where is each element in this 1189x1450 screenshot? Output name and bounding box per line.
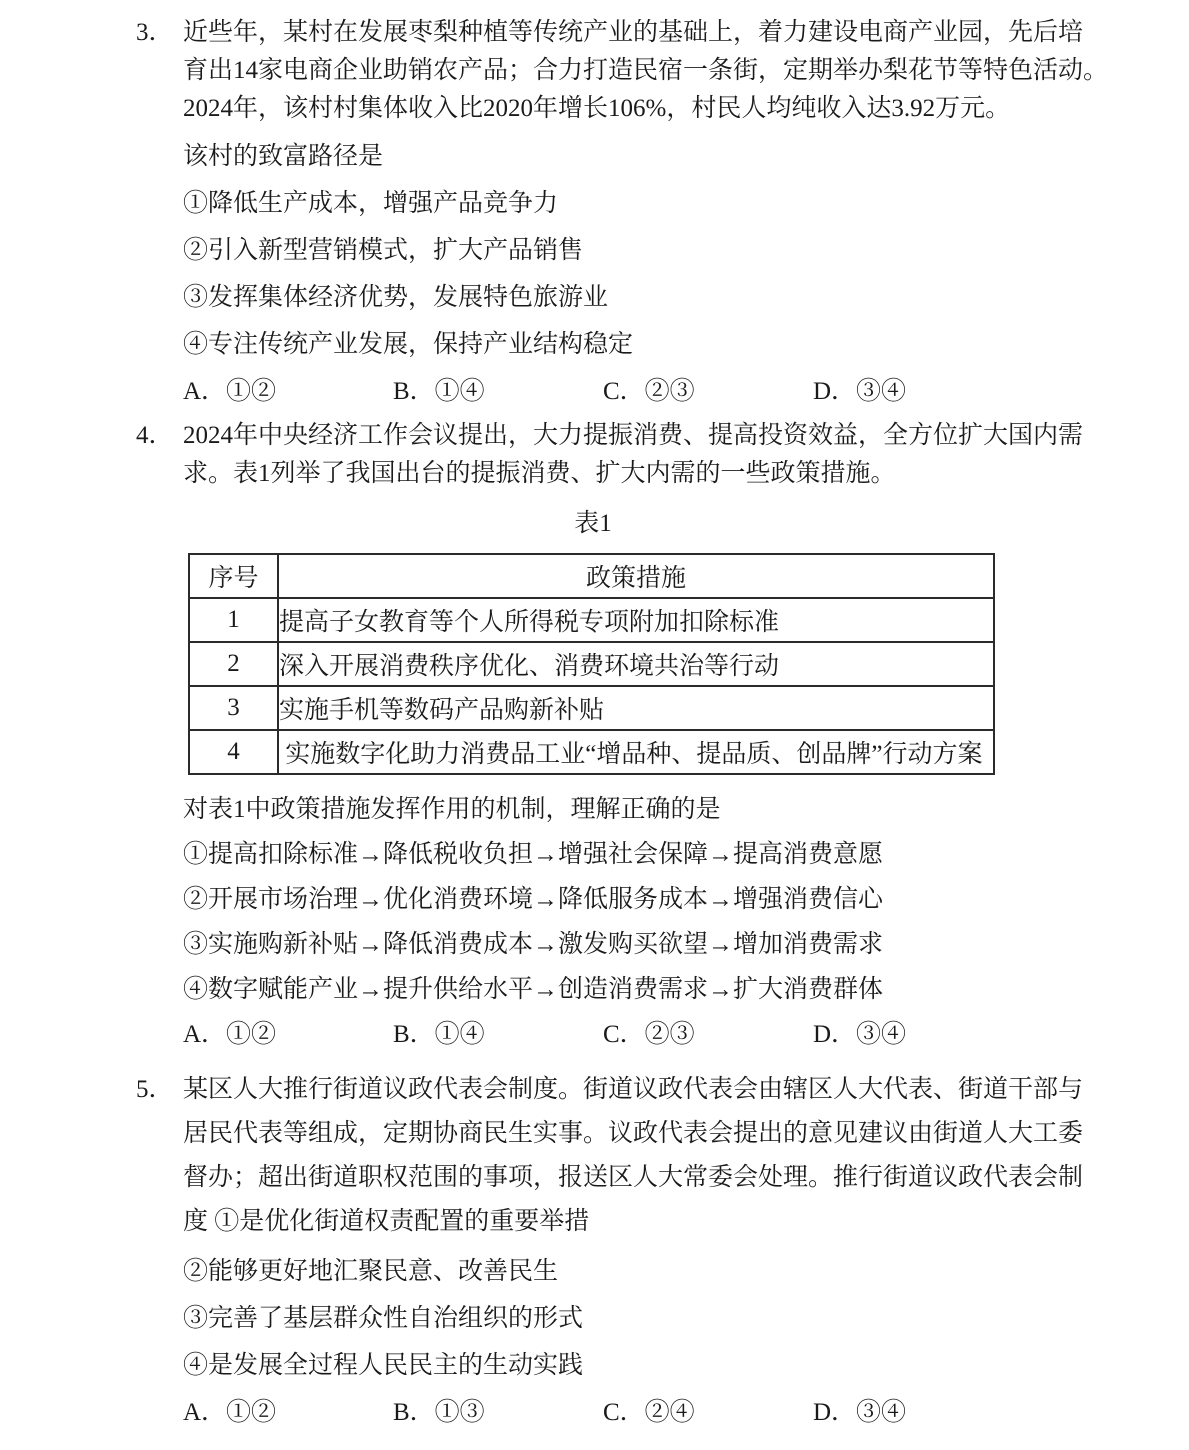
question-5: 5．某区人大推行街道议政代表会制度。街道议政代表会由辖区人大代表、街道干部与 居… [0, 1068, 1189, 1432]
question-5-stem-line-2: 居民代表等组成，定期协商民生实事。议政代表会提出的意见建议由街道人大工委 [183, 1112, 1159, 1156]
question-5-choice-c: C．②④ [603, 1394, 813, 1432]
table-1-caption: 表1 [188, 509, 998, 539]
question-3-choice-b: B．①④ [393, 373, 603, 411]
question-3-stem-line-2: 育出14家电商企业助销农产品；合力打造民宿一条街，定期举办梨花节等特色活动。 [183, 52, 1159, 90]
question-4-choice-b: B．①④ [393, 1016, 603, 1054]
table-header-index: 序号 [189, 554, 278, 598]
question-4-sub-stem: 对表1中政策措施发挥作用的机制，理解正确的是 [183, 791, 1159, 829]
question-5-stem-line-1: 5．某区人大推行街道议政代表会制度。街道议政代表会由辖区人大代表、街道干部与 [183, 1068, 1159, 1112]
question-5-stem-line-3: 督办；超出街道职权范围的事项，报送区人大常委会处理。推行街道议政代表会制 [183, 1156, 1159, 1200]
question-5-choice-d: D．③④ [813, 1394, 906, 1432]
question-5-choices-row: A．①②B．①③C．②④D．③④ [183, 1394, 1159, 1432]
question-4-number: 4． [136, 417, 183, 455]
table-row-2-policy: 深入开展消费秩序优化、消费环境共治等行动 [278, 642, 994, 686]
question-4-stem-line-1: 4．2024年中央经济工作会议提出，大力提振消费、提高投资效益，全方位扩大国内需 [183, 417, 1159, 455]
question-5-stem-text-1: 某区人大推行街道议政代表会制度。街道议政代表会由辖区人大代表、街道干部与 [183, 1076, 1083, 1103]
question-3-item-3: ③发挥集体经济优势，发展特色旅游业 [183, 279, 1159, 317]
question-5-stem-line-4: 度 ①是优化街道权责配置的重要举措 [183, 1200, 1159, 1244]
table-row-4-no: 4 [189, 730, 278, 774]
table-row-2-no: 2 [189, 642, 278, 686]
question-5-item-2: ②能够更好地汇聚民意、改善民生 [183, 1253, 1159, 1291]
question-5-item-4: ④是发展全过程人民民主的生动实践 [183, 1347, 1159, 1385]
table-row-3-no: 3 [189, 686, 278, 730]
question-4-choices-row: A．①②B．①④C．②③D．③④ [183, 1016, 1159, 1054]
question-4-choice-a: A．①② [183, 1016, 393, 1054]
question-4-stem-line-2: 求。表1列举了我国出台的提振消费、扩大内需的一些政策措施。 [183, 455, 1159, 493]
table-row: 4 实施数字化助力消费品工业“增品种、提品质、创品牌”行动方案 [189, 730, 994, 774]
question-4: 4．2024年中央经济工作会议提出，大力提振消费、提高投资效益，全方位扩大国内需… [0, 417, 1189, 1054]
table-row-1-no: 1 [189, 598, 278, 642]
table-row-3-policy: 实施手机等数码产品购新补贴 [278, 686, 994, 730]
exam-page: 3．近些年，某村在发展枣梨种植等传统产业的基础上，着力建设电商产业园，先后培 育… [0, 0, 1189, 1432]
question-3-stem-text-1: 近些年，某村在发展枣梨种植等传统产业的基础上，着力建设电商产业园，先后培 [183, 19, 1083, 46]
question-5-choice-a: A．①② [183, 1394, 393, 1432]
question-3-number: 3． [136, 14, 183, 52]
question-3-choices-row: A．①②B．①④C．②③D．③④ [183, 373, 1159, 411]
question-4-item-1: ①提高扣除标准→降低税收负担→增强社会保障→提高消费意愿 [183, 836, 1159, 874]
question-3-item-1: ①降低生产成本，增强产品竞争力 [183, 185, 1159, 223]
table-header-policy: 政策措施 [278, 554, 994, 598]
question-3-choice-a: A．①② [183, 373, 393, 411]
question-4-stem-text-1: 2024年中央经济工作会议提出，大力提振消费、提高投资效益，全方位扩大国内需 [183, 422, 1083, 449]
question-3-sub-stem: 该村的致富路径是 [183, 138, 1159, 176]
question-4-choice-d: D．③④ [813, 1016, 906, 1054]
question-3-item-2: ②引入新型营销模式，扩大产品销售 [183, 232, 1159, 270]
question-3-choice-d: D．③④ [813, 373, 906, 411]
question-3-choice-c: C．②③ [603, 373, 813, 411]
question-5-choice-b: B．①③ [393, 1394, 603, 1432]
table-row-1-policy: 提高子女教育等个人所得税专项附加扣除标准 [278, 598, 994, 642]
table-row: 2 深入开展消费秩序优化、消费环境共治等行动 [189, 642, 994, 686]
table-header-row: 序号 政策措施 [189, 554, 994, 598]
question-3-item-4: ④专注传统产业发展，保持产业结构稳定 [183, 326, 1159, 364]
question-5-number: 5． [136, 1068, 183, 1112]
policy-measures-table: 序号 政策措施 1 提高子女教育等个人所得税专项附加扣除标准 2 深入开展消费秩… [188, 553, 995, 775]
question-4-choice-c: C．②③ [603, 1016, 813, 1054]
table-row: 1 提高子女教育等个人所得税专项附加扣除标准 [189, 598, 994, 642]
question-3: 3．近些年，某村在发展枣梨种植等传统产业的基础上，着力建设电商产业园，先后培 育… [0, 14, 1189, 411]
table-row-4-policy: 实施数字化助力消费品工业“增品种、提品质、创品牌”行动方案 [278, 730, 994, 774]
question-4-item-3: ③实施购新补贴→降低消费成本→激发购买欲望→增加消费需求 [183, 926, 1159, 964]
table-row: 3 实施手机等数码产品购新补贴 [189, 686, 994, 730]
question-4-item-2: ②开展市场治理→优化消费环境→降低服务成本→增强消费信心 [183, 881, 1159, 919]
question-4-item-4: ④数字赋能产业→提升供给水平→创造消费需求→扩大消费群体 [183, 971, 1159, 1009]
question-5-item-3: ③完善了基层群众性自治组织的形式 [183, 1300, 1159, 1338]
question-3-stem-line-3: 2024年，该村村集体收入比2020年增长106%，村民人均纯收入达3.92万元… [183, 90, 1159, 128]
question-3-stem-line-1: 3．近些年，某村在发展枣梨种植等传统产业的基础上，着力建设电商产业园，先后培 [183, 14, 1159, 52]
